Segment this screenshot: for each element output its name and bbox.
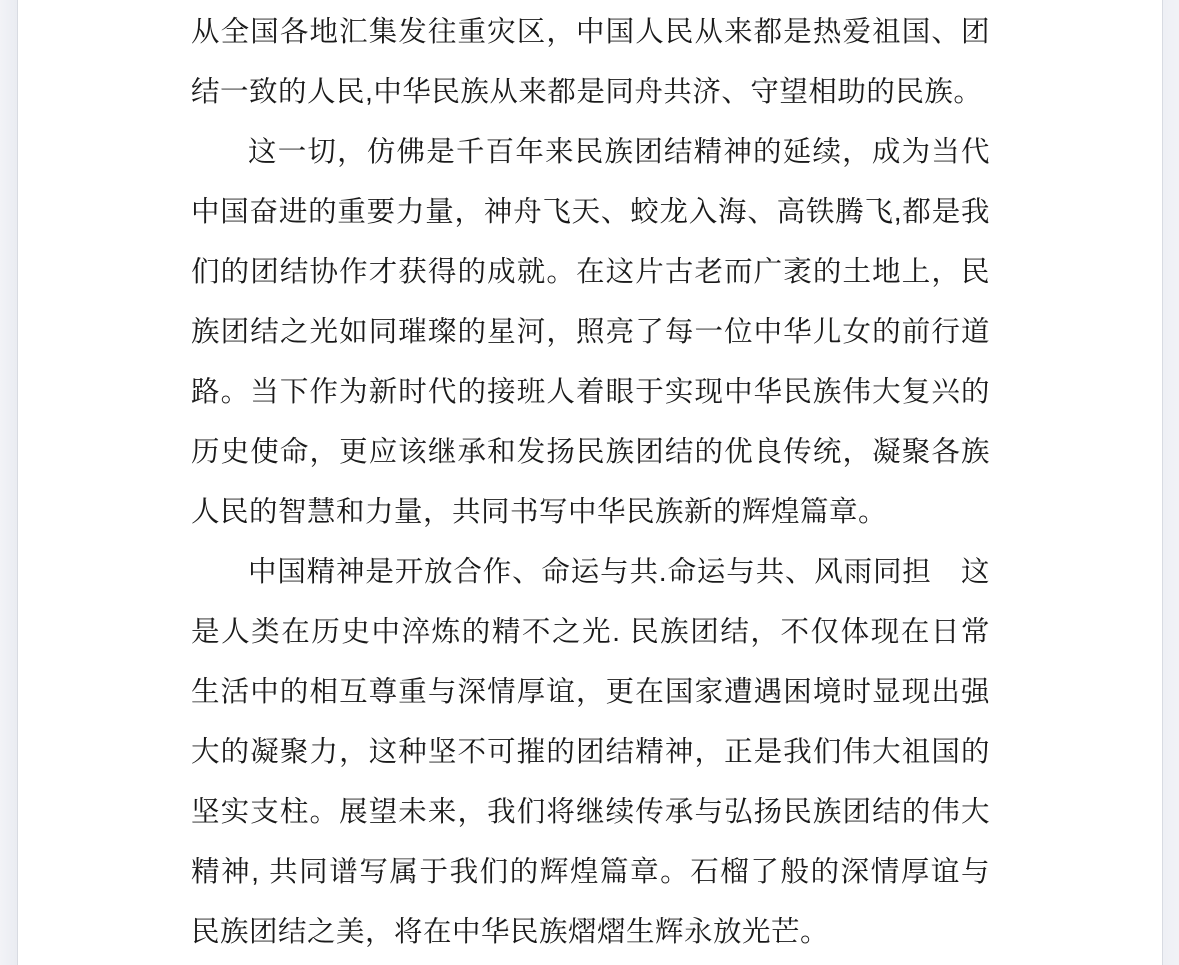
left-margin-gutter [0, 0, 18, 965]
document-text-body: 从全国各地汇集发往重灾区，中国人民从来都是热爱祖国、团结一致的人民,中华民族从来… [191, 2, 990, 962]
paragraph: 中国精神是开放合作、命运与共.命运与共、风雨同担 这是人类在历史中淬炼的精不之光… [191, 542, 990, 962]
document-viewport: 从全国各地汇集发往重灾区，中国人民从来都是热爱祖国、团结一致的人民,中华民族从来… [0, 0, 1179, 965]
paragraph: 这一切，仿佛是千百年来民族团结精神的延续，成为当代中国奋进的重要力量，神舟飞天、… [191, 122, 990, 542]
document-page[interactable]: 从全国各地汇集发往重灾区，中国人民从来都是热爱祖国、团结一致的人民,中华民族从来… [18, 0, 1162, 965]
right-margin-gutter [1162, 0, 1179, 965]
paragraph: 从全国各地汇集发往重灾区，中国人民从来都是热爱祖国、团结一致的人民,中华民族从来… [191, 2, 990, 122]
